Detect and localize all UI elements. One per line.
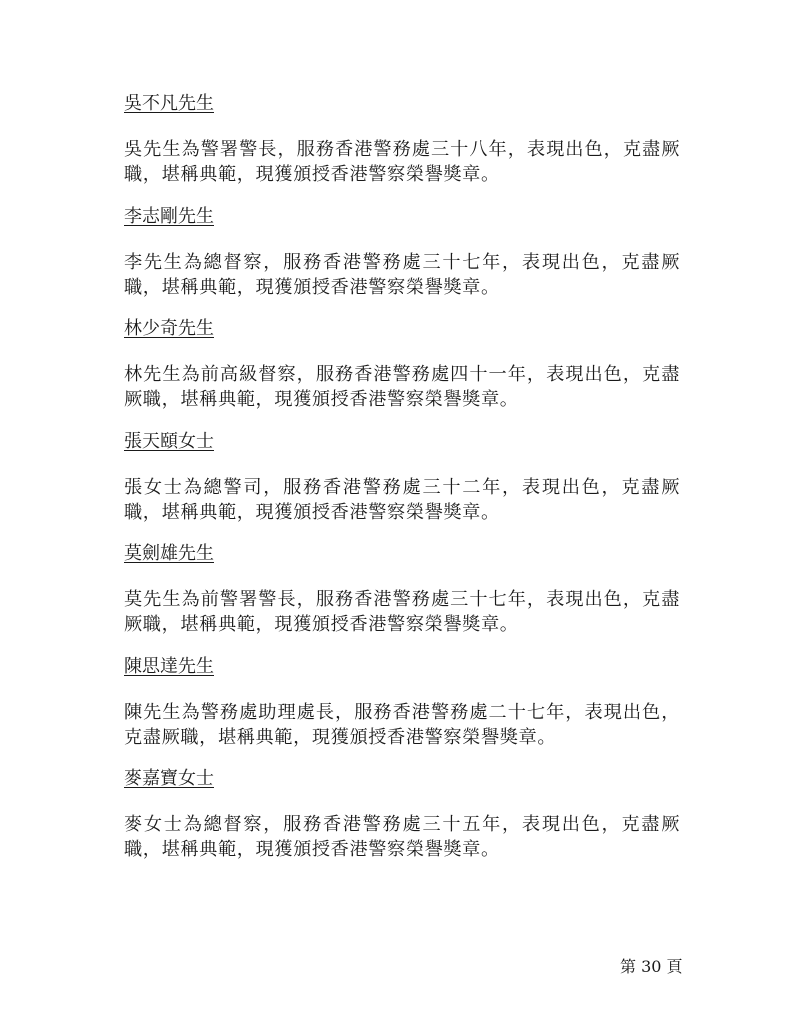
recipient-name: 陳思達先生 xyxy=(124,656,214,678)
recipient-citation: 陳先生為警務處助理處長，服務香港警務處二十七年，表現出色，克盡厥職，堪稱典範，現… xyxy=(124,700,680,750)
recipient-name: 吳不凡先生 xyxy=(124,93,214,115)
recipient-citation: 吳先生為警署警長，服務香港警務處三十八年，表現出色，克盡厥職，堪稱典範，現獲頒授… xyxy=(124,137,680,187)
recipient-citation: 麥女士為總督察，服務香港警務處三十五年，表現出色，克盡厥職，堪稱典範，現獲頒授香… xyxy=(124,812,680,862)
recipient-name: 李志剛先生 xyxy=(124,206,214,228)
document-page: 吳不凡先生 吳先生為警署警長，服務香港警務處三十八年，表現出色，克盡厥職，堪稱典… xyxy=(124,93,680,881)
recipient-citation: 李先生為總督察，服務香港警務處三十七年，表現出色，克盡厥職，堪稱典範，現獲頒授香… xyxy=(124,250,680,300)
award-entry: 莫劍雄先生 莫先生為前警署警長，服務香港警務處三十七年，表現出色，克盡厥職，堪稱… xyxy=(124,543,680,656)
recipient-citation: 林先生為前高級督察，服務香港警務處四十一年，表現出色，克盡厥職，堪稱典範，現獲頒… xyxy=(124,362,680,412)
award-entry: 麥嘉寶女士 麥女士為總督察，服務香港警務處三十五年，表現出色，克盡厥職，堪稱典範… xyxy=(124,768,680,881)
award-entry: 吳不凡先生 吳先生為警署警長，服務香港警務處三十八年，表現出色，克盡厥職，堪稱典… xyxy=(124,93,680,206)
recipient-name: 林少奇先生 xyxy=(124,318,214,340)
award-entry: 林少奇先生 林先生為前高級督察，服務香港警務處四十一年，表現出色，克盡厥職，堪稱… xyxy=(124,318,680,431)
award-entry: 張天頤女士 張女士為總警司，服務香港警務處三十二年，表現出色，克盡厥職，堪稱典範… xyxy=(124,431,680,544)
recipient-name: 麥嘉寶女士 xyxy=(124,768,214,790)
recipient-name: 莫劍雄先生 xyxy=(124,543,214,565)
award-entry: 陳思達先生 陳先生為警務處助理處長，服務香港警務處二十七年，表現出色，克盡厥職，… xyxy=(124,656,680,769)
award-entry: 李志剛先生 李先生為總督察，服務香港警務處三十七年，表現出色，克盡厥職，堪稱典範… xyxy=(124,206,680,319)
page-number: 第 30 頁 xyxy=(620,957,683,977)
recipient-citation: 張女士為總警司，服務香港警務處三十二年，表現出色，克盡厥職，堪稱典範，現獲頒授香… xyxy=(124,475,680,525)
recipient-citation: 莫先生為前警署警長，服務香港警務處三十七年，表現出色，克盡厥職，堪稱典範，現獲頒… xyxy=(124,587,680,637)
recipient-name: 張天頤女士 xyxy=(124,431,214,453)
